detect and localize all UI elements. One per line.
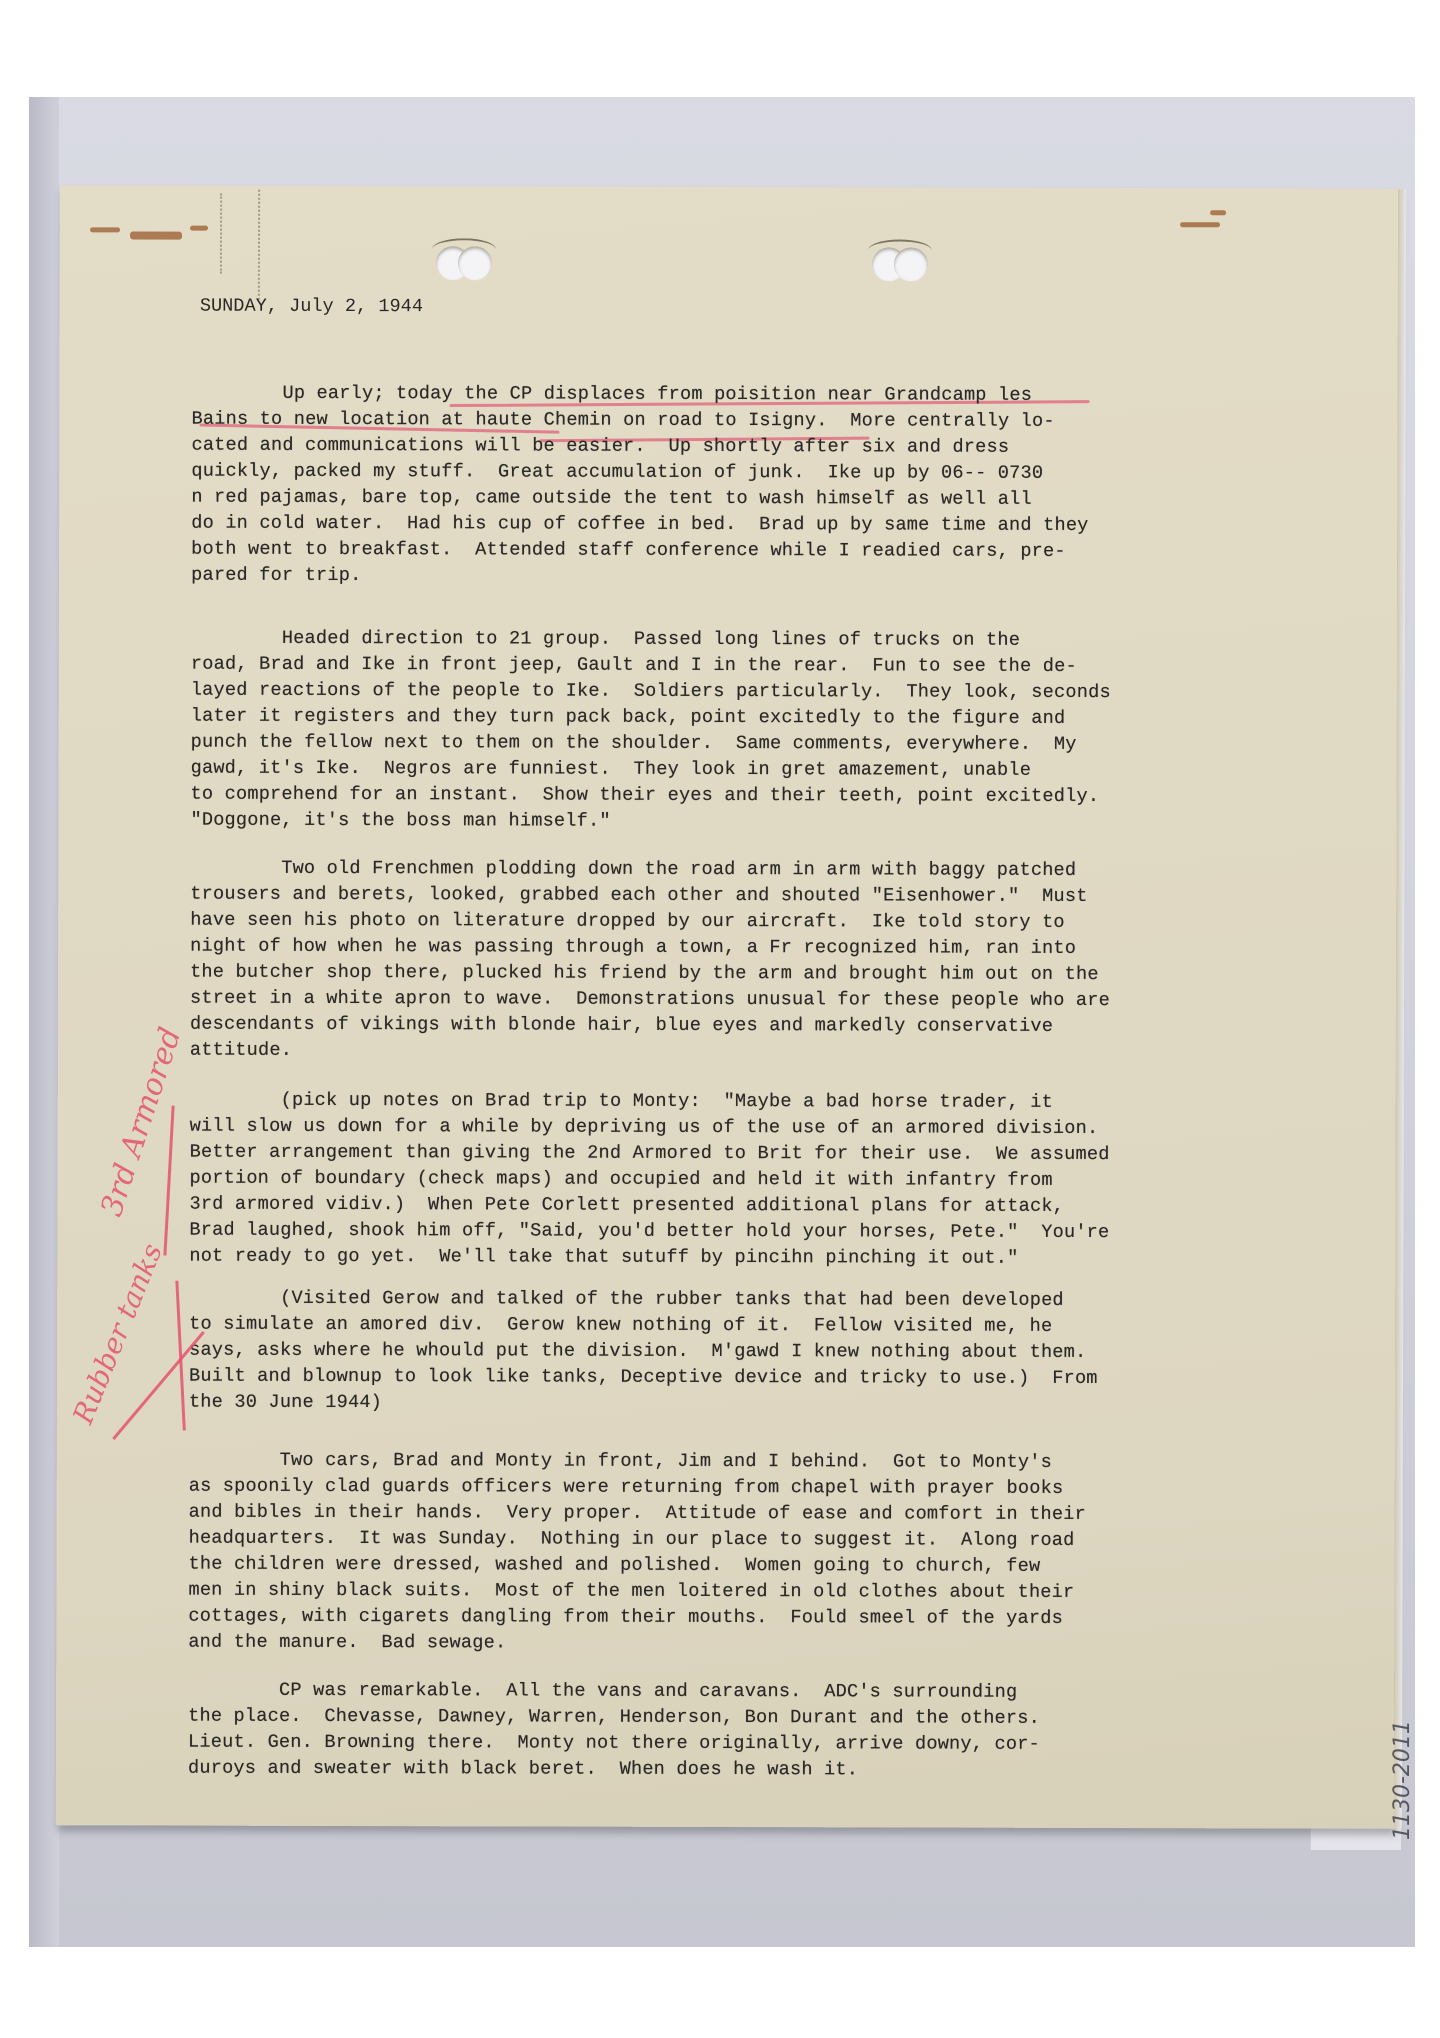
text-line: portion of boundary (check maps) and occ…: [190, 1166, 1110, 1194]
rust-stain: [90, 227, 120, 232]
text-line: punch the fellow next to them on the sho…: [191, 730, 1111, 758]
rust-stain: [190, 226, 208, 231]
rust-stain: [130, 231, 182, 239]
punch-hole-right: [868, 239, 932, 283]
text-line: Lieut. Gen. Browning there. Monty not th…: [188, 1730, 1040, 1758]
rust-stain: [1180, 222, 1220, 227]
backing-board-edge: [29, 97, 59, 1947]
text-line: CP was remarkable. All the vans and cara…: [188, 1678, 1040, 1706]
text-line: 3rd armored vidiv.) When Pete Corlett pr…: [189, 1192, 1109, 1220]
text-line: Headed direction to 21 group. Passed lon…: [191, 626, 1111, 654]
text-line: the butcher shop there, plucked his frie…: [190, 960, 1110, 988]
text-line: not ready to go yet. We'll take that sut…: [189, 1244, 1109, 1272]
text-line: quickly, packed my stuff. Great accumula…: [191, 459, 1088, 487]
text-line: pared for trip.: [191, 563, 1088, 591]
text-line: gawd, it's Ike. Negros are funniest. The…: [191, 756, 1111, 784]
text-line: Up early; today the CP displaces from po…: [192, 381, 1089, 409]
text-line: Two old Frenchmen plodding down the road…: [190, 856, 1110, 884]
text-line: "Doggone, it's the boss man himself.": [190, 808, 1110, 836]
text-line: cated and communications will be easier.…: [191, 433, 1088, 461]
text-line: the 30 June 1944): [189, 1390, 1098, 1418]
text-line: Brad laughed, shook him off, "Said, you'…: [189, 1218, 1109, 1246]
rust-stain: [1210, 210, 1226, 215]
text-line: duroys and sweater with black beret. Whe…: [188, 1756, 1040, 1784]
text-line: will slow us down for a while by deprivi…: [190, 1114, 1110, 1142]
text-line: road, Brad and Ike in front jeep, Gault …: [191, 652, 1111, 680]
text-line: cottages, with cigarets dangling from th…: [188, 1604, 1085, 1632]
text-line: descendants of vikings with blonde hair,…: [190, 1012, 1110, 1040]
text-line: the place. Chevasse, Dawney, Warren, Hen…: [188, 1704, 1040, 1732]
date-heading: SUNDAY, July 2, 1944: [200, 296, 423, 318]
annotation-bracket: [163, 1106, 174, 1256]
margin-note-3rd-armored: 3rd Armored: [94, 1023, 188, 1220]
text-line: says, asks where he whould put the divis…: [189, 1338, 1098, 1366]
text-line: attitude.: [190, 1038, 1110, 1066]
text-line: to simulate an amored div. Gerow knew no…: [189, 1312, 1098, 1340]
text-line: Two cars, Brad and Monty in front, Jim a…: [189, 1448, 1086, 1476]
text-line: both went to breakfast. Attended staff c…: [191, 537, 1088, 565]
text-line: Better arrangement than giving the 2nd A…: [190, 1140, 1110, 1168]
staple-perforation: [220, 194, 224, 274]
paragraph-6: Two cars, Brad and Monty in front, Jim a…: [188, 1448, 1086, 1658]
text-line: the children were dressed, washed and po…: [189, 1552, 1086, 1580]
text-line: men in shiny black suits. Most of the me…: [188, 1578, 1085, 1606]
diary-page: SUNDAY, July 2, 1944 Up early; today the…: [56, 185, 1398, 1828]
text-line: as spoonily clad guards officers were re…: [189, 1474, 1086, 1502]
punch-hole-left: [432, 238, 496, 282]
text-line: night of how when he was passing through…: [190, 934, 1110, 962]
text-line: Built and blownup to look like tanks, De…: [189, 1364, 1098, 1392]
text-line: trousers and berets, looked, grabbed eac…: [190, 882, 1110, 910]
text-line: to comprehend for an instant. Show their…: [191, 782, 1111, 810]
text-line: have seen his photo on literature droppe…: [190, 908, 1110, 936]
text-line: Bains to new location at haute Chemin on…: [192, 407, 1089, 435]
text-line: n red pajamas, bare top, came outside th…: [191, 485, 1088, 513]
text-line: and bibles in their hands. Very proper. …: [189, 1500, 1086, 1528]
paragraph-3: Two old Frenchmen plodding down the road…: [190, 856, 1111, 1066]
text-line: later it registers and they turn pack ba…: [191, 704, 1111, 732]
paragraph-5: (Visited Gerow and talked of the rubber …: [189, 1286, 1098, 1418]
archive-number: 1130-2011: [1390, 1720, 1415, 1840]
text-line: and the manure. Bad sewage.: [188, 1630, 1085, 1658]
text-line: (pick up notes on Brad trip to Monty: "M…: [190, 1088, 1110, 1116]
paragraph-1: Up early; today the CP displaces from po…: [191, 381, 1089, 591]
staple-perforation: [258, 190, 262, 300]
text-line: layed reactions of the people to Ike. So…: [191, 678, 1111, 706]
text-line: do in cold water. Had his cup of coffee …: [191, 511, 1088, 539]
text-line: (Visited Gerow and talked of the rubber …: [189, 1286, 1098, 1314]
text-line: headquarters. It was Sunday. Nothing in …: [189, 1526, 1086, 1554]
paragraph-2: Headed direction to 21 group. Passed lon…: [190, 626, 1111, 836]
text-line: street in a white apron to wave. Demonst…: [190, 986, 1110, 1014]
margin-note-rubber-tanks: Rubber tanks: [66, 1239, 169, 1428]
paragraph-4: (pick up notes on Brad trip to Monty: "M…: [189, 1088, 1109, 1272]
paragraph-7: CP was remarkable. All the vans and cara…: [188, 1678, 1040, 1784]
